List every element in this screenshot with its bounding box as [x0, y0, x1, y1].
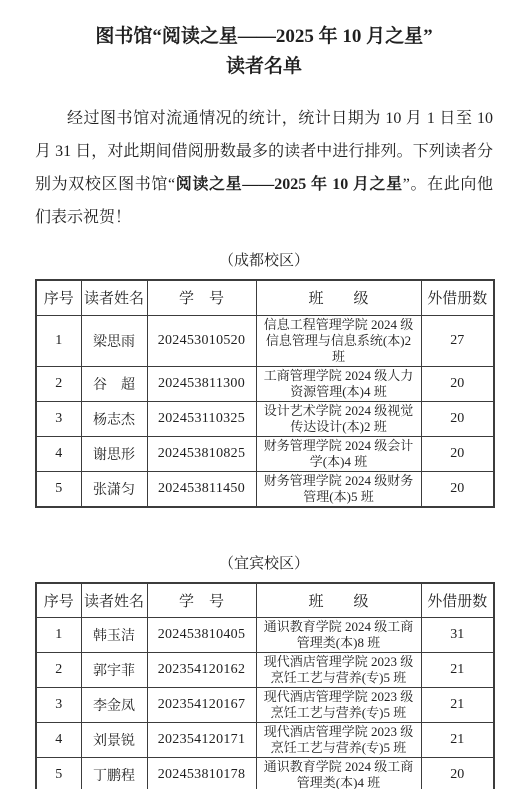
table-header-row: 序号 读者姓名 学 号 班 级 外借册数 [36, 583, 494, 618]
column-header-student-id: 学 号 [147, 583, 256, 618]
cell-count: 27 [421, 315, 494, 366]
table-row: 1 韩玉洁 202453810405 通识教育学院 2024 级工商管理类(本)… [36, 618, 494, 653]
cell-index: 1 [36, 315, 81, 366]
cell-class: 通识教育学院 2024 级工商管理类(本)4 班 [256, 758, 421, 789]
cell-class: 现代酒店管理学院 2023 级烹饪工艺与营养(专)5 班 [256, 688, 421, 723]
cell-count: 20 [421, 758, 494, 789]
column-header-count: 外借册数 [421, 583, 494, 618]
reader-table-yibin: 序号 读者姓名 学 号 班 级 外借册数 1 韩玉洁 202453810405 … [35, 582, 495, 789]
column-header-name: 读者姓名 [81, 280, 147, 315]
cell-count: 20 [421, 436, 494, 471]
cell-student-id: 202354120162 [147, 653, 256, 688]
cell-count: 21 [421, 653, 494, 688]
cell-index: 3 [36, 401, 81, 436]
page-title-line2: 读者名单 [35, 52, 493, 82]
cell-count: 21 [421, 723, 494, 758]
cell-class: 财务管理学院 2024 级会计学(本)4 班 [256, 436, 421, 471]
page-title: 图书馆“阅读之星——2025 年 10 月之星” 读者名单 [35, 22, 493, 82]
cell-class: 现代酒店管理学院 2023 级烹饪工艺与营养(专)5 班 [256, 723, 421, 758]
cell-class: 信息工程管理学院 2024 级信息管理与信息系统(本)2 班 [256, 315, 421, 366]
table-row: 5 丁鹏程 202453810178 通识教育学院 2024 级工商管理类(本)… [36, 758, 494, 789]
cell-class: 现代酒店管理学院 2023 级烹饪工艺与营养(专)5 班 [256, 653, 421, 688]
column-header-name: 读者姓名 [81, 583, 147, 618]
table-header-row: 序号 读者姓名 学 号 班 级 外借册数 [36, 280, 494, 315]
cell-count: 20 [421, 471, 494, 507]
cell-name: 梁思雨 [81, 315, 147, 366]
cell-index: 5 [36, 758, 81, 789]
cell-student-id: 202354120171 [147, 723, 256, 758]
cell-student-id: 202453110325 [147, 401, 256, 436]
document-page: 图书馆“阅读之星——2025 年 10 月之星” 读者名单 经过图书馆对流通情况… [0, 0, 529, 789]
column-header-student-id: 学 号 [147, 280, 256, 315]
cell-name: 张潇匀 [81, 471, 147, 507]
column-header-count: 外借册数 [421, 280, 494, 315]
cell-index: 4 [36, 436, 81, 471]
cell-class: 设计艺术学院 2024 级视觉传达设计(本)2 班 [256, 401, 421, 436]
cell-count: 20 [421, 401, 494, 436]
intro-text-emphasis: 阅读之星——2025 年 10 月之星 [175, 176, 403, 193]
section-label-chengdu: （成都校区） [35, 251, 493, 271]
intro-paragraph: 经过图书馆对流通情况的统计，统计日期为 10 月 1 日至 10 月 31 日，… [35, 102, 493, 234]
column-header-index: 序号 [36, 583, 81, 618]
cell-index: 4 [36, 723, 81, 758]
cell-count: 20 [421, 366, 494, 401]
table-row: 1 梁思雨 202453010520 信息工程管理学院 2024 级信息管理与信… [36, 315, 494, 366]
reader-table-chengdu: 序号 读者姓名 学 号 班 级 外借册数 1 梁思雨 202453010520 … [35, 279, 495, 508]
column-header-index: 序号 [36, 280, 81, 315]
cell-student-id: 202453811450 [147, 471, 256, 507]
cell-student-id: 202453010520 [147, 315, 256, 366]
table-row: 3 杨志杰 202453110325 设计艺术学院 2024 级视觉传达设计(本… [36, 401, 494, 436]
table-row: 2 谷 超 202453811300 工商管理学院 2024 级人力资源管理(本… [36, 366, 494, 401]
cell-class: 财务管理学院 2024 级财务管理(本)5 班 [256, 471, 421, 507]
cell-count: 31 [421, 618, 494, 653]
table-row: 3 李金凤 202354120167 现代酒店管理学院 2023 级烹饪工艺与营… [36, 688, 494, 723]
cell-name: 李金凤 [81, 688, 147, 723]
column-header-class: 班 级 [256, 280, 421, 315]
cell-student-id: 202453810178 [147, 758, 256, 789]
cell-student-id: 202453810825 [147, 436, 256, 471]
cell-student-id: 202354120167 [147, 688, 256, 723]
cell-count: 21 [421, 688, 494, 723]
table-row: 2 郭宇菲 202354120162 现代酒店管理学院 2023 级烹饪工艺与营… [36, 653, 494, 688]
cell-index: 2 [36, 653, 81, 688]
cell-name: 刘景锐 [81, 723, 147, 758]
cell-name: 谷 超 [81, 366, 147, 401]
column-header-class: 班 级 [256, 583, 421, 618]
cell-name: 谢思形 [81, 436, 147, 471]
cell-student-id: 202453810405 [147, 618, 256, 653]
cell-class: 通识教育学院 2024 级工商管理类(本)8 班 [256, 618, 421, 653]
cell-class: 工商管理学院 2024 级人力资源管理(本)4 班 [256, 366, 421, 401]
table-row: 5 张潇匀 202453811450 财务管理学院 2024 级财务管理(本)5… [36, 471, 494, 507]
table-row: 4 谢思形 202453810825 财务管理学院 2024 级会计学(本)4 … [36, 436, 494, 471]
page-title-line1: 图书馆“阅读之星——2025 年 10 月之星” [35, 22, 493, 52]
cell-name: 杨志杰 [81, 401, 147, 436]
cell-name: 郭宇菲 [81, 653, 147, 688]
cell-name: 韩玉洁 [81, 618, 147, 653]
cell-index: 1 [36, 618, 81, 653]
cell-name: 丁鹏程 [81, 758, 147, 789]
cell-index: 5 [36, 471, 81, 507]
cell-index: 2 [36, 366, 81, 401]
cell-student-id: 202453811300 [147, 366, 256, 401]
table-row: 4 刘景锐 202354120171 现代酒店管理学院 2023 级烹饪工艺与营… [36, 723, 494, 758]
section-label-yibin: （宜宾校区） [35, 554, 493, 574]
cell-index: 3 [36, 688, 81, 723]
